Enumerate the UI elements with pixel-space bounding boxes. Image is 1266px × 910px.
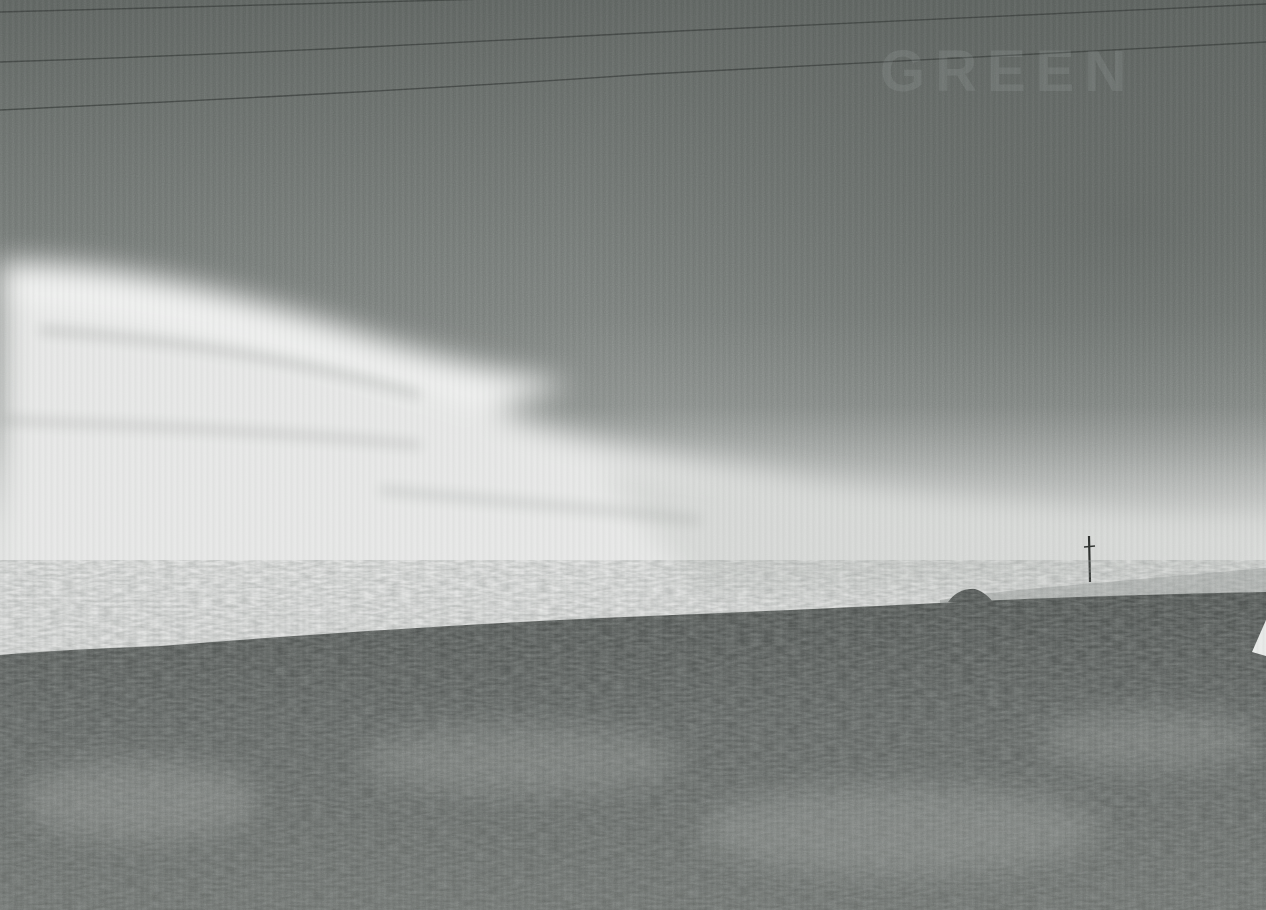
landscape-photo: GREEN — [0, 0, 1266, 910]
film-grain — [0, 0, 1266, 910]
watermark: GREEN — [880, 38, 1136, 105]
